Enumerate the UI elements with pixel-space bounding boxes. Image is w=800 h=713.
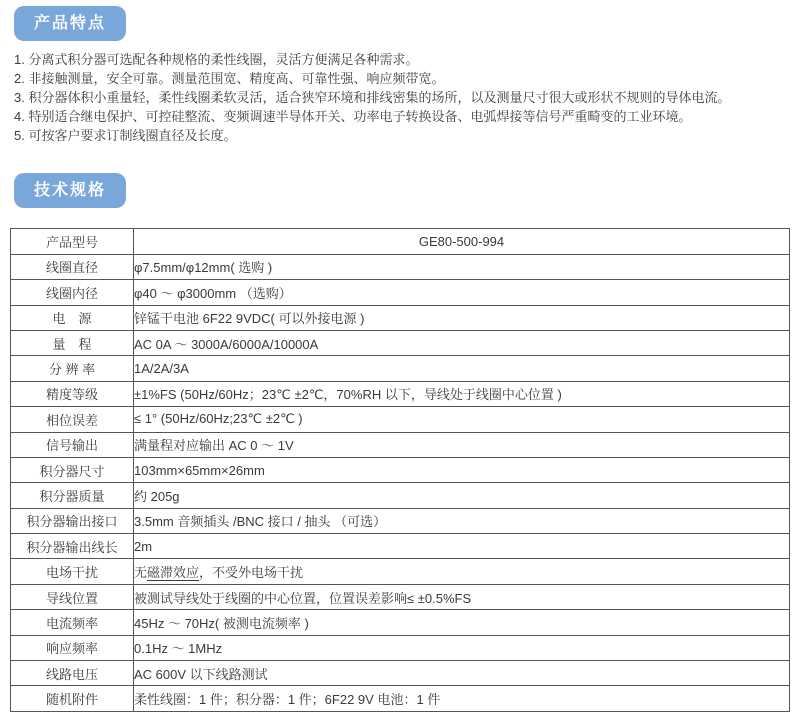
spec-label: 精度等级 [11,381,134,406]
spec-label: 电流频率 [11,610,134,635]
feature-item: 1. 分离式积分器可选配各种规格的柔性线圈，灵活方便满足各种需求。 [14,50,790,69]
spec-label: 线圈内径 [11,280,134,305]
specs-section: 技术规格 [0,173,800,208]
feature-item: 2. 非接触测量，安全可靠。测量范围宽、精度高、可靠性强、响应频带宽。 [14,69,790,88]
spec-label: 信号输出 [11,432,134,457]
spec-row: 分 辨 率1A/2A/3A [11,356,790,381]
spec-label: 量 程 [11,330,134,355]
feature-item: 3. 积分器体积小重量轻，柔性线圈柔软灵活，适合狭窄环境和排线密集的场所，以及测… [14,88,790,107]
plain-text: ，不受外电场干扰 [199,565,303,580]
spec-value: 1A/2A/3A [134,356,790,381]
underlined-text: 磁滞效应 [147,565,199,580]
spec-label: 分 辨 率 [11,356,134,381]
spec-value: φ40 ～ φ3000mm （选购） [134,280,790,305]
spec-value: AC 0A ～ 3000A/6000A/10000A [134,330,790,355]
spec-value: 无磁滞效应，不受外电场干扰 [134,559,790,584]
spec-value: GE80-500-994 [134,229,790,254]
spec-row: 导线位置被测试导线处于线圈的中心位置，位置误差影响≤ ±0.5%FS [11,584,790,609]
spec-row: 电流频率45Hz ～ 70Hz( 被测电流频率 ) [11,610,790,635]
spec-label: 线圈直径 [11,254,134,279]
spec-label: 积分器输出接口 [11,508,134,533]
specs-table-body: 产品型号GE80-500-994线圈直径φ7.5mm/φ12mm( 选购 )线圈… [11,229,790,711]
spec-label: 相位误差 [11,407,134,432]
spec-value: 约 205g [134,483,790,508]
features-list: 1. 分离式积分器可选配各种规格的柔性线圈，灵活方便满足各种需求。2. 非接触测… [0,50,800,145]
spec-row: 随机附件柔性线圈：1 件；积分器：1 件；6F22 9V 电池：1 件 [11,686,790,711]
spec-value: 2m [134,534,790,559]
spec-value: ≤ 1° (50Hz/60Hz;23℃ ±2℃ ) [134,407,790,432]
spec-label: 产品型号 [11,229,134,254]
spec-label: 积分器输出线长 [11,534,134,559]
spec-label: 积分器质量 [11,483,134,508]
features-section: 产品特点 1. 分离式积分器可选配各种规格的柔性线圈，灵活方便满足各种需求。2.… [0,6,800,145]
spec-label: 线路电压 [11,661,134,686]
spec-row: 精度等级±1%FS (50Hz/60Hz；23℃ ±2℃，70%RH 以下，导线… [11,381,790,406]
spec-label: 响应频率 [11,635,134,660]
spec-row: 线路电压AC 600V 以下线路测试 [11,661,790,686]
spec-value: 满量程对应输出 AC 0 ～ 1V [134,432,790,457]
spec-row: 积分器尺寸103mm×65mm×26mm [11,457,790,482]
spec-row: 信号输出满量程对应输出 AC 0 ～ 1V [11,432,790,457]
spec-value: 3.5mm 音频插头 /BNC 接口 / 抽头 （可选） [134,508,790,533]
spec-row: 电 源锌锰干电池 6F22 9VDC( 可以外接电源 ) [11,305,790,330]
spec-label: 电场干扰 [11,559,134,584]
spec-value: 被测试导线处于线圈的中心位置，位置误差影响≤ ±0.5%FS [134,584,790,609]
spec-value: 柔性线圈：1 件；积分器：1 件；6F22 9V 电池：1 件 [134,686,790,711]
spec-row: 积分器质量约 205g [11,483,790,508]
spec-row: 线圈直径φ7.5mm/φ12mm( 选购 ) [11,254,790,279]
spec-value: φ7.5mm/φ12mm( 选购 ) [134,254,790,279]
spec-value: 0.1Hz ～ 1MHz [134,635,790,660]
spec-row: 相位误差≤ 1° (50Hz/60Hz;23℃ ±2℃ ) [11,407,790,432]
plain-text: 无 [134,565,147,580]
spec-row: 量 程AC 0A ～ 3000A/6000A/10000A [11,330,790,355]
spec-value: 锌锰干电池 6F22 9VDC( 可以外接电源 ) [134,305,790,330]
spec-row: 积分器输出接口3.5mm 音频插头 /BNC 接口 / 抽头 （可选） [11,508,790,533]
feature-item: 5. 可按客户要求订制线圈直径及长度。 [14,126,790,145]
spec-label: 积分器尺寸 [11,457,134,482]
spec-row: 积分器输出线长2m [11,534,790,559]
specs-section-badge: 技术规格 [14,173,126,208]
spec-label: 电 源 [11,305,134,330]
specs-table: 产品型号GE80-500-994线圈直径φ7.5mm/φ12mm( 选购 )线圈… [10,228,790,711]
spec-label: 随机附件 [11,686,134,711]
spec-label: 导线位置 [11,584,134,609]
spec-value: AC 600V 以下线路测试 [134,661,790,686]
product-spec-page: 产品特点 1. 分离式积分器可选配各种规格的柔性线圈，灵活方便满足各种需求。2.… [0,0,800,713]
spec-row: 电场干扰无磁滞效应，不受外电场干扰 [11,559,790,584]
spec-value: 45Hz ～ 70Hz( 被测电流频率 ) [134,610,790,635]
spec-value: ±1%FS (50Hz/60Hz；23℃ ±2℃，70%RH 以下，导线处于线圈… [134,381,790,406]
spec-row: 响应频率0.1Hz ～ 1MHz [11,635,790,660]
features-section-badge: 产品特点 [14,6,126,41]
spec-row: 线圈内径φ40 ～ φ3000mm （选购） [11,280,790,305]
feature-item: 4. 特别适合继电保护、可控硅整流、变频调速半导体开关、功率电子转换设备、电弧焊… [14,107,790,126]
spec-row: 产品型号GE80-500-994 [11,229,790,254]
spec-value: 103mm×65mm×26mm [134,457,790,482]
